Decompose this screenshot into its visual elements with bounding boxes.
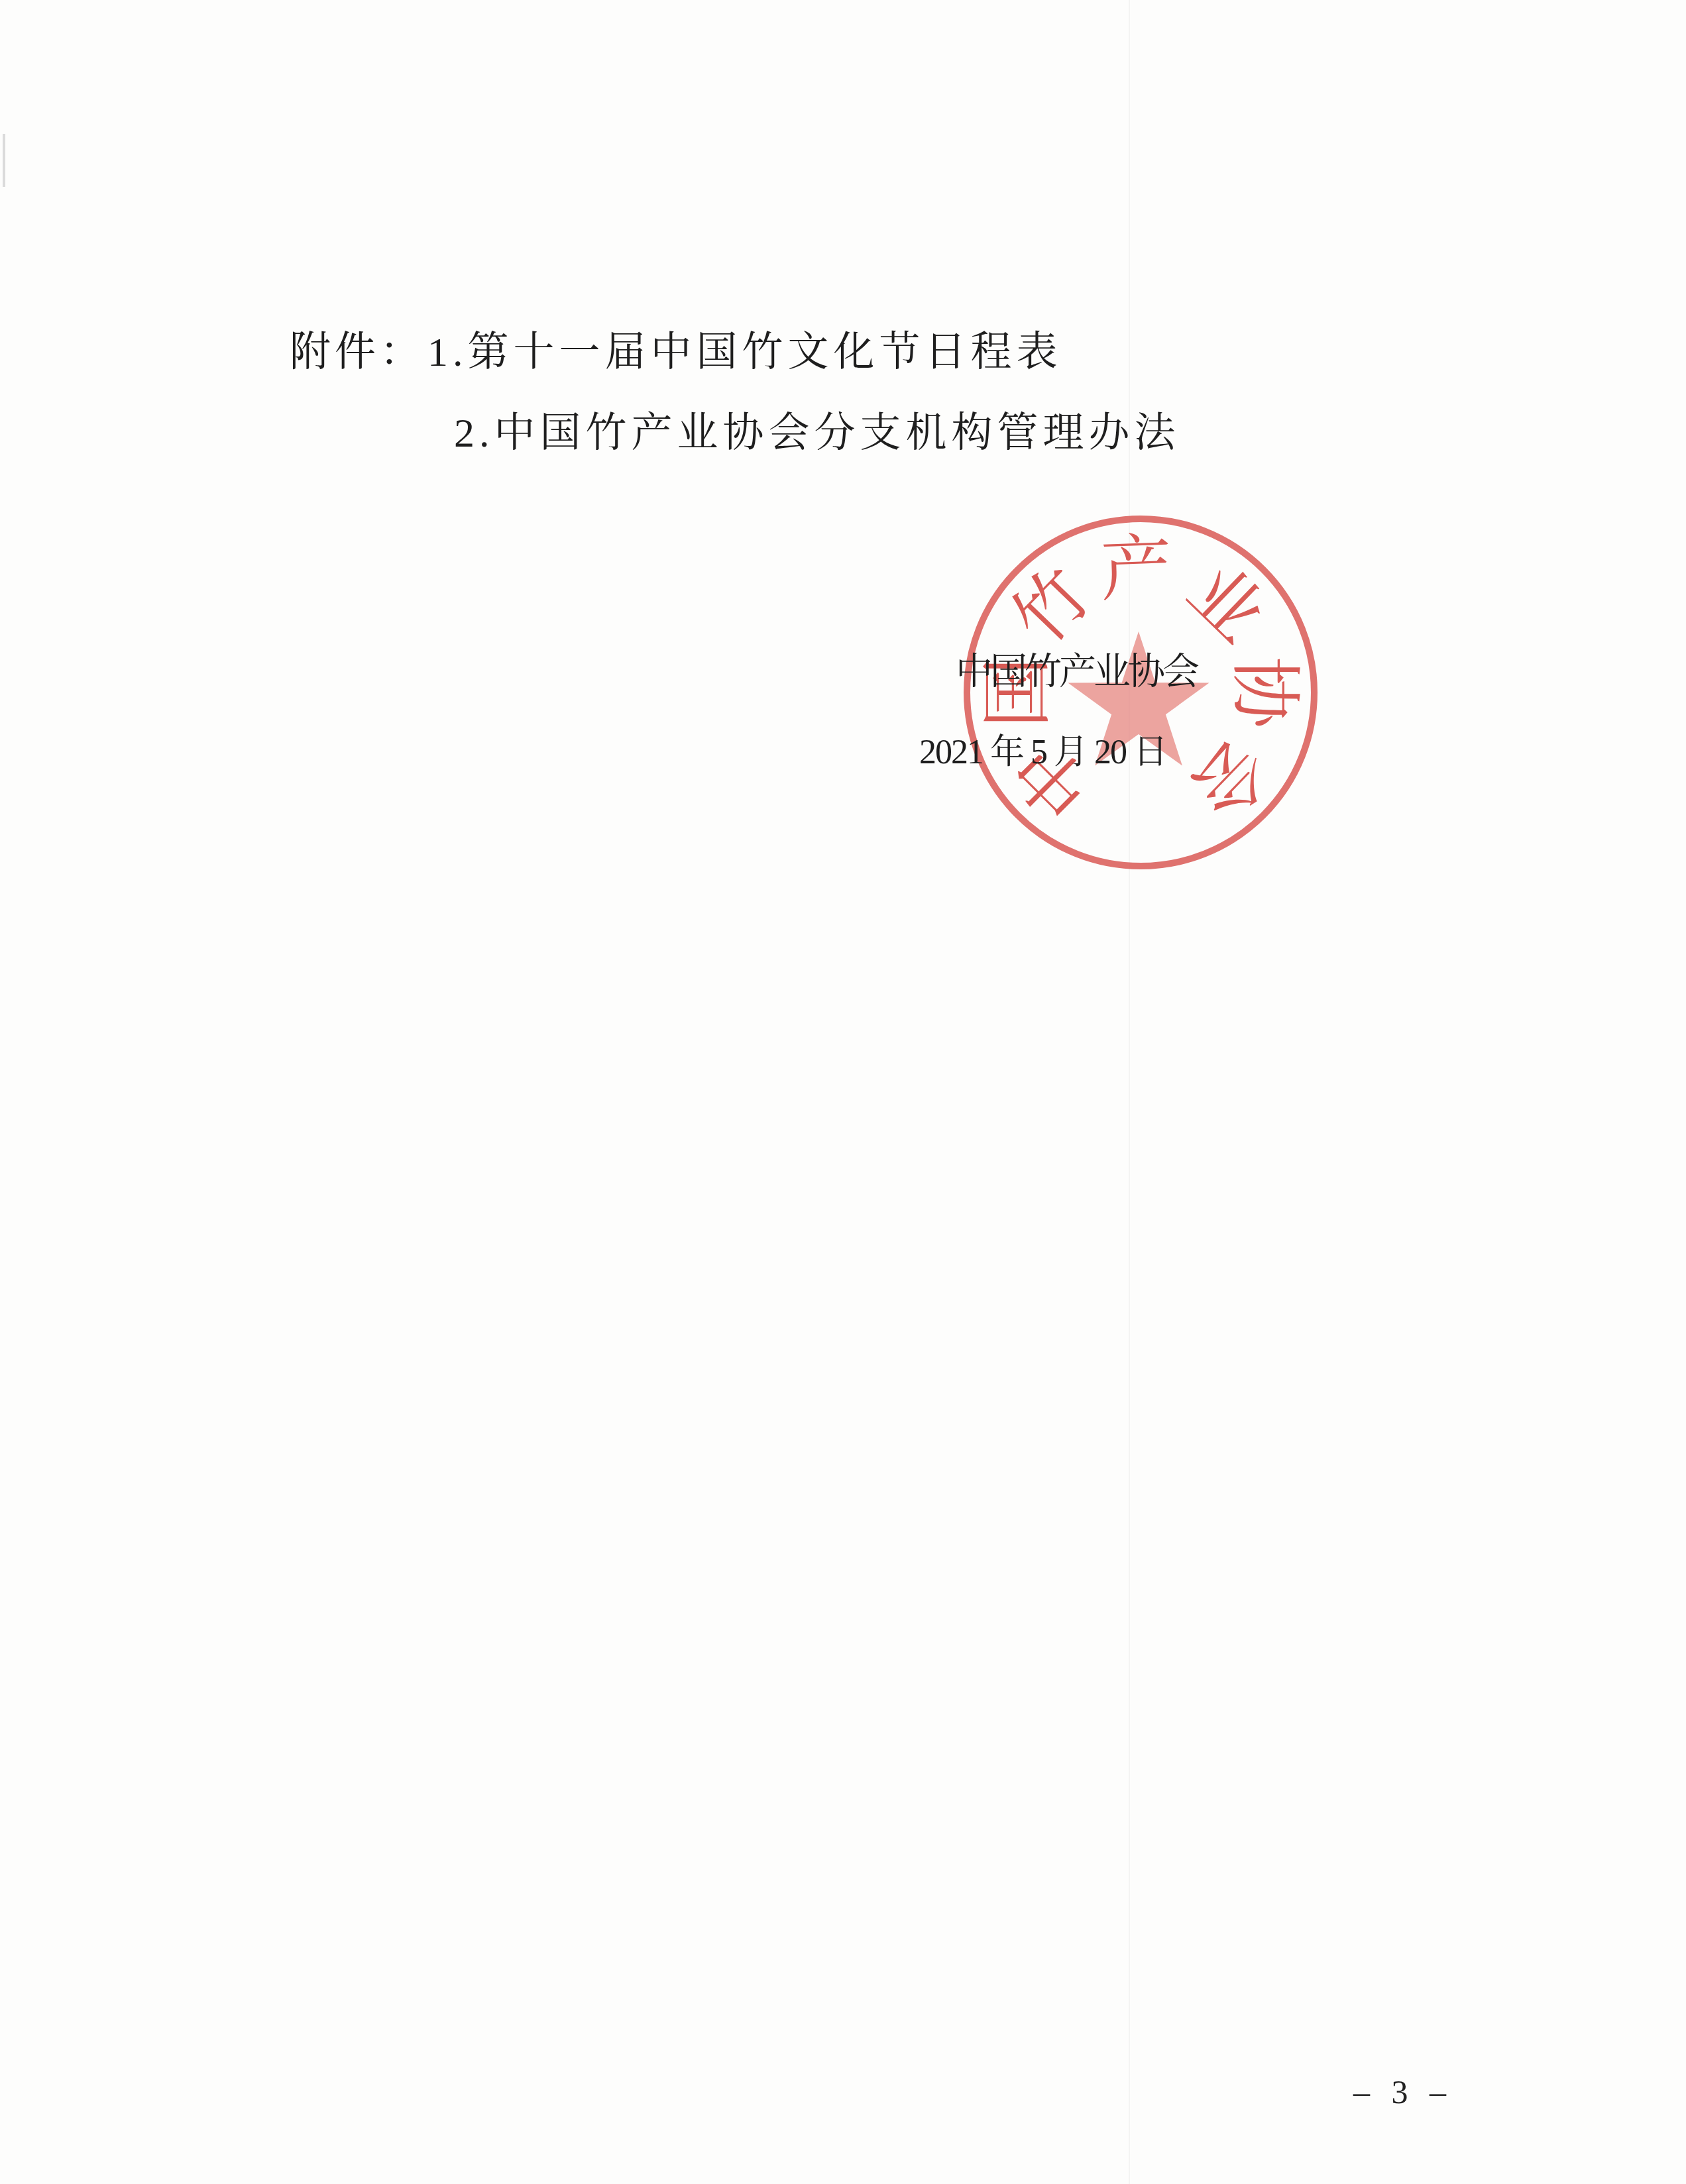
scan-edge-artifact — [3, 134, 5, 187]
seal-character: 协 — [1224, 657, 1303, 731]
attachment-item-1: 1.第十一届中国竹文化节日程表 — [427, 319, 1062, 378]
document-page: 附件： 1.第十一届中国竹文化节日程表 2.中国竹产业协会分支机构管理办法 中 … — [0, 0, 1686, 2184]
seal-character: 产 — [1099, 529, 1173, 611]
attachments-label: 附件： — [290, 319, 425, 378]
paper-crease-line — [1129, 0, 1130, 2184]
attachment-item-2: 2.中国竹产业协会分支机构管理办法 — [454, 400, 1180, 459]
page-number: – 3 – — [1353, 2073, 1453, 2111]
signature-date: 2021 年 5 月 20 日 — [919, 724, 1166, 773]
signature-organization: 中国竹产业协会 — [956, 642, 1197, 695]
